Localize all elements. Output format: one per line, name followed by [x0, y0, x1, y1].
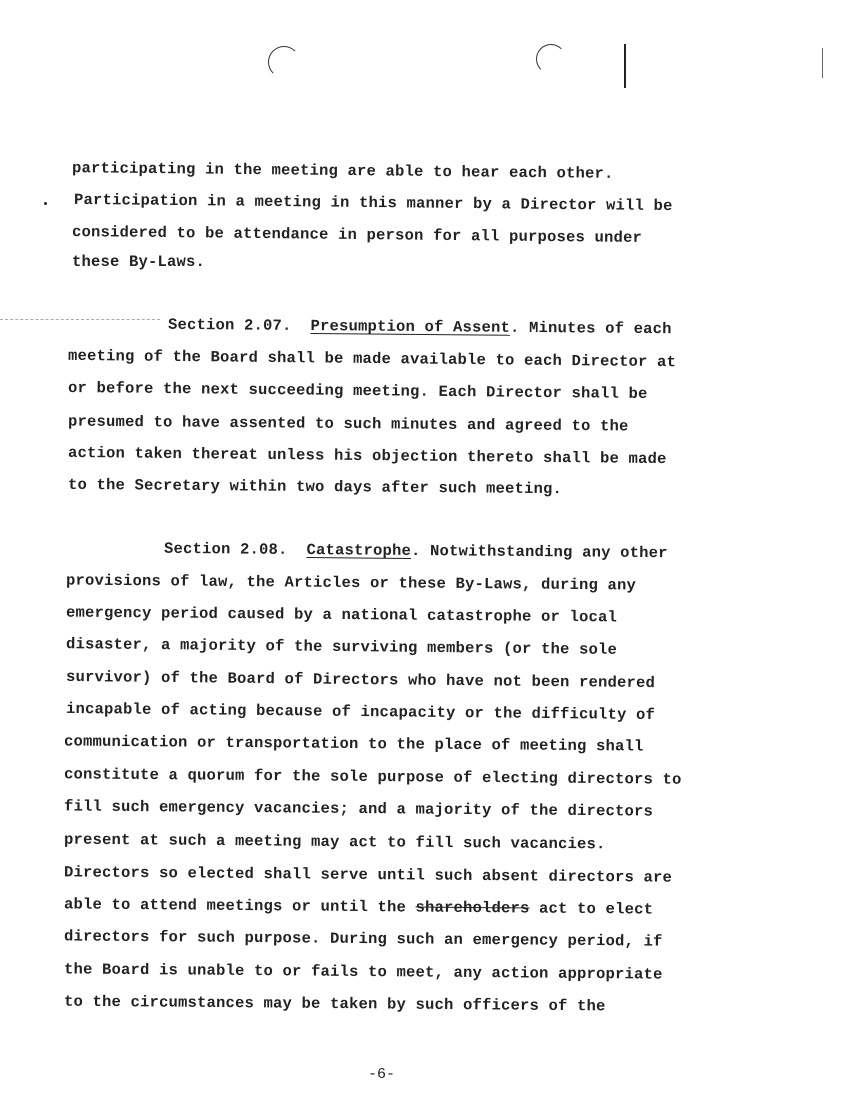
text-line: disaster, a majority of the surviving me…: [66, 635, 617, 659]
section-heading-rest: . Notwithstanding any other: [411, 542, 668, 562]
scan-edge-mark: [822, 48, 823, 78]
hole-punch-mark-left: [268, 46, 300, 78]
section-title: Presumption of Assent: [310, 317, 510, 337]
text-line: participating in the meeting are able to…: [72, 159, 614, 183]
section-title: Catastrophe: [306, 541, 411, 560]
text-line: presumed to have assented to such minute…: [68, 413, 629, 436]
text-line: Directors so elected shall serve until s…: [64, 863, 672, 886]
text-line: communication or transportation to the p…: [64, 732, 644, 755]
stray-dot: [44, 202, 47, 205]
struck-word: shareholders: [415, 898, 529, 917]
scan-dash-artifact: [0, 319, 160, 320]
text-line: meeting of the Board shall be made avail…: [68, 347, 676, 371]
text-line: directors for such purpose. During such …: [64, 927, 663, 950]
section-2-07-heading: Section 2.07. Presumption of Assent. Min…: [168, 316, 672, 338]
text-line-with-strikeout: able to attend meetings or until the sha…: [64, 895, 653, 918]
section-heading-rest: . Minutes of each: [510, 319, 672, 338]
text-line: emergency period caused by a national ca…: [66, 604, 617, 627]
hole-punch-mark-right: [536, 44, 566, 74]
document-page: participating in the meeting are able to…: [0, 0, 849, 1100]
text-line: constitute a quorum for the sole purpose…: [64, 765, 682, 788]
text-line: incapable of acting because of incapacit…: [66, 700, 655, 724]
text-line: action taken thereat unless his objectio…: [68, 444, 667, 468]
section-number: Section 2.08.: [164, 540, 288, 559]
scan-line-mark: [624, 44, 626, 88]
text-line: to the Secretary within two days after s…: [68, 476, 562, 498]
text-segment: able to attend meetings or until the: [64, 895, 416, 916]
section-2-08-heading: Section 2.08. Catastrophe. Notwithstandi…: [164, 540, 668, 562]
text-line: the Board is unable to or fails to meet,…: [64, 960, 663, 983]
text-line: Participation in a meeting in this manne…: [74, 191, 673, 215]
text-line: present at such a meeting may act to fil…: [64, 831, 606, 854]
text-line: or before the next succeeding meeting. E…: [68, 379, 648, 403]
text-line: fill such emergency vacancies; and a maj…: [64, 797, 653, 820]
text-line: provisions of law, the Articles or these…: [66, 572, 636, 595]
text-line: survivor) of the Board of Directors who …: [66, 668, 655, 692]
page-number: -6-: [368, 1066, 395, 1083]
text-line: considered to be attendance in person fo…: [72, 223, 642, 247]
text-line: these By-Laws.: [72, 253, 205, 271]
text-line: to the circumstances may be taken by suc…: [64, 993, 606, 1016]
section-number: Section 2.07.: [168, 316, 292, 335]
text-segment: act to elect: [530, 899, 654, 918]
